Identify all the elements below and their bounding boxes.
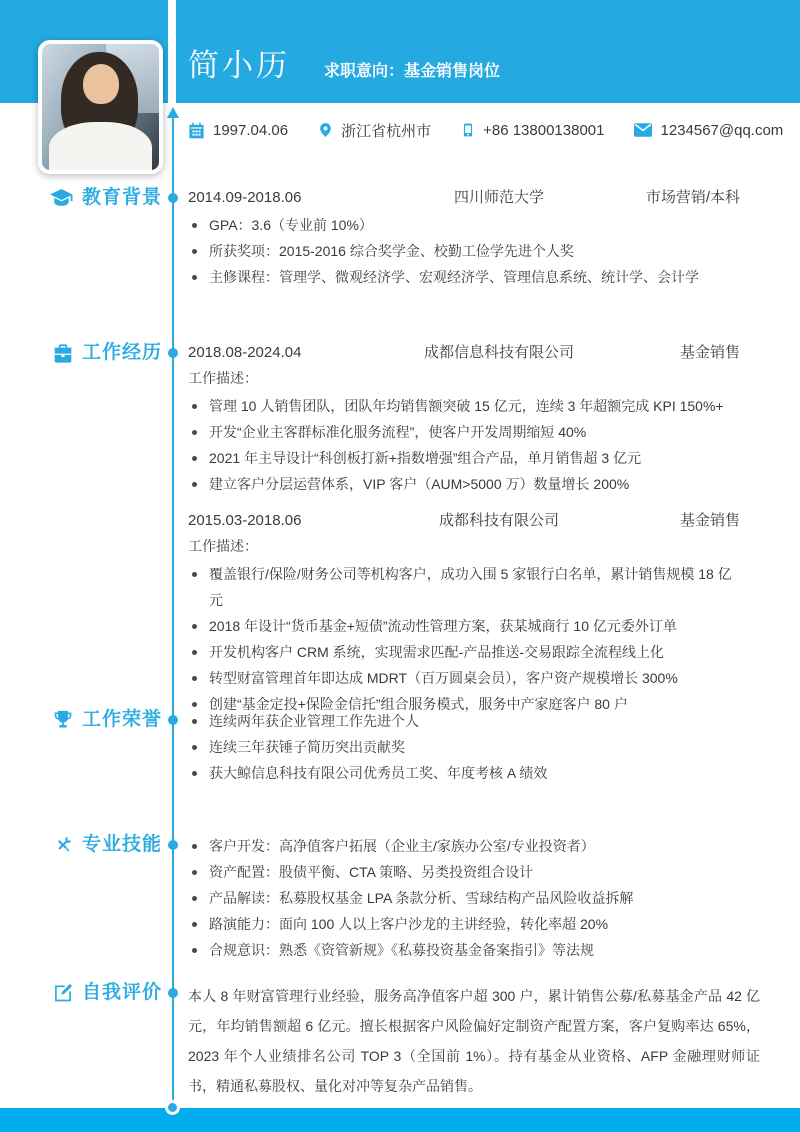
list-item: 连续三年获锤子简历突出贡献奖 bbox=[188, 734, 740, 760]
section-skills: 专业技能 客户开发：高净值客户拓展（企业主/家族办公室/专业投资者） 资产配置：… bbox=[0, 833, 800, 963]
resume-page: 简小历 求职意向：基金销售岗位 1997.04.06 浙江省杭州市 +86 13… bbox=[0, 0, 800, 1132]
entry-period: 2015.03-2018.06 bbox=[188, 509, 378, 533]
header-bar: 简小历 求职意向：基金销售岗位 bbox=[176, 0, 800, 103]
briefcase-icon bbox=[53, 344, 73, 363]
edit-pencil-icon bbox=[53, 983, 73, 1003]
timeline-end-dot bbox=[165, 1100, 180, 1115]
list-item: 主修课程：管理学、微观经济学、宏观经济学、管理信息系统、统计学、会计学 bbox=[188, 264, 740, 290]
work-entry-header: 2015.03-2018.06 成都科技有限公司 基金销售 bbox=[188, 509, 740, 533]
timeline-dot bbox=[168, 193, 178, 203]
phone-icon bbox=[461, 121, 475, 139]
entry-role: 基金销售 bbox=[620, 509, 740, 533]
location-text: 浙江省杭州市 bbox=[341, 120, 431, 141]
section-title: 工作荣誉 bbox=[82, 708, 162, 732]
education-bullet-list: GPA：3.6（专业前 10%） 所获奖项：2015-2016 综合奖学金、校勤… bbox=[188, 212, 740, 290]
list-item: 覆盖银行/保险/财务公司等机构客户，成功入围 5 家银行白名单，累计销售规模 1… bbox=[188, 561, 740, 613]
list-item: 开发“企业主客群标准化服务流程”，使客户开发周期缩短 40% bbox=[188, 419, 740, 445]
list-item: 获大鲸信息科技有限公司优秀员工奖、年度考核 A 绩效 bbox=[188, 760, 740, 786]
location-pin-icon bbox=[318, 121, 333, 139]
profile-photo bbox=[38, 40, 163, 174]
list-item: 开发机构客户 CRM 系统，实现需求匹配-产品推送-交易跟踪全流程线上化 bbox=[188, 639, 740, 665]
section-skills-header: 专业技能 bbox=[0, 833, 162, 857]
list-item: 产品解读：私募股权基金 LPA 条款分析、雪球结构产品风险收益拆解 bbox=[188, 885, 740, 911]
entry-period: 2014.09-2018.06 bbox=[188, 186, 378, 210]
contact-birthday: 1997.04.06 bbox=[188, 122, 288, 139]
list-item: 2018 年设计“货币基金+短债”流动性管理方案，获某城商行 10 亿元委外订单 bbox=[188, 613, 740, 639]
email-icon bbox=[634, 123, 652, 137]
list-item: 资产配置：股债平衡、CTA 策略、另类投资组合设计 bbox=[188, 859, 740, 885]
list-item: 管理 10 人销售团队，团队年均销售额突破 15 亿元，连续 3 年超额完成 K… bbox=[188, 393, 740, 419]
entry-company: 成都科技有限公司 bbox=[378, 509, 620, 533]
list-item: 所获奖项：2015-2016 综合奖学金、校勤工俭学先进个人奖 bbox=[188, 238, 740, 264]
section-honors-header: 工作荣誉 bbox=[0, 708, 162, 732]
photo-face bbox=[83, 64, 119, 104]
list-item: 连续两年获企业管理工作先进个人 bbox=[188, 708, 740, 734]
footer-band bbox=[0, 1108, 800, 1132]
section-work-header: 工作经历 bbox=[0, 341, 162, 365]
work-entry-header: 2018.08-2024.04 成都信息科技有限公司 基金销售 bbox=[188, 341, 740, 365]
list-item: 建立客户分层运营体系，VIP 客户（AUM>5000 万）数量增长 200% bbox=[188, 471, 740, 497]
section-education-header: 教育背景 bbox=[0, 186, 162, 210]
contact-row: 1997.04.06 浙江省杭州市 +86 13800138001 123456… bbox=[188, 117, 783, 143]
work-entry-2: 2015.03-2018.06 成都科技有限公司 基金销售 工作描述： 覆盖银行… bbox=[188, 509, 740, 717]
work-bullet-list: 覆盖银行/保险/财务公司等机构客户，成功入围 5 家银行白名单，累计销售规模 1… bbox=[188, 561, 740, 717]
education-entry-header: 2014.09-2018.06 四川师范大学 市场营销/本科 bbox=[188, 186, 740, 210]
entry-period: 2018.08-2024.04 bbox=[188, 341, 378, 365]
skills-bullet-list: 客户开发：高净值客户拓展（企业主/家族办公室/专业投资者） 资产配置：股债平衡、… bbox=[188, 833, 740, 963]
calendar-icon bbox=[188, 122, 205, 139]
list-item: 转型财富管理首年即达成 MDRT（百万圆桌会员），客户资产规模增长 300% bbox=[188, 665, 740, 691]
section-title: 自我评价 bbox=[82, 981, 162, 1005]
contact-email: 1234567@qq.com bbox=[634, 122, 783, 139]
candidate-name: 简小历 bbox=[188, 50, 290, 81]
timeline-dot bbox=[168, 715, 178, 725]
list-item: 路演能力：面向 100 人以上客户沙龙的主讲经验，转化率超 20% bbox=[188, 911, 740, 937]
crossed-tools-icon bbox=[53, 835, 73, 855]
list-item: 客户开发：高净值客户拓展（企业主/家族办公室/专业投资者） bbox=[188, 833, 740, 859]
honors-bullet-list: 连续两年获企业管理工作先进个人 连续三年获锤子简历突出贡献奖 获大鲸信息科技有限… bbox=[188, 708, 740, 786]
list-item: GPA：3.6（专业前 10%） bbox=[188, 212, 740, 238]
phone-text: +86 13800138001 bbox=[483, 122, 604, 139]
photo-shirt bbox=[49, 122, 152, 174]
birthday-text: 1997.04.06 bbox=[213, 122, 288, 139]
section-work: 工作经历 2018.08-2024.04 成都信息科技有限公司 基金销售 工作描… bbox=[0, 341, 800, 717]
trophy-icon bbox=[53, 710, 73, 730]
timeline-dot bbox=[168, 988, 178, 998]
work-entry-1: 2018.08-2024.04 成都信息科技有限公司 基金销售 工作描述： 管理… bbox=[188, 341, 740, 497]
entry-role: 基金销售 bbox=[620, 341, 740, 365]
email-text: 1234567@qq.com bbox=[660, 122, 783, 139]
self-evaluation-text: 本人 8 年财富管理行业经验，服务高净值客户超 300 户，累计销售公募/私募基… bbox=[188, 981, 760, 1101]
timeline-dot bbox=[168, 840, 178, 850]
list-item: 合规意识：熟悉《资管新规》《私募投资基金备案指引》等法规 bbox=[188, 937, 740, 963]
contact-location: 浙江省杭州市 bbox=[318, 120, 431, 141]
section-self-evaluation: 自我评价 本人 8 年财富管理行业经验，服务高净值客户超 300 户，累计销售公… bbox=[0, 981, 800, 1101]
entry-school: 四川师范大学 bbox=[378, 186, 620, 210]
job-objective: 求职意向：基金销售岗位 bbox=[324, 64, 500, 80]
section-education: 教育背景 2014.09-2018.06 四川师范大学 市场营销/本科 GPA：… bbox=[0, 186, 800, 290]
timeline-dot bbox=[168, 348, 178, 358]
timeline-arrow-icon bbox=[167, 107, 179, 118]
section-title: 教育背景 bbox=[82, 186, 162, 210]
contact-phone: +86 13800138001 bbox=[461, 121, 604, 139]
section-title: 工作经历 bbox=[82, 341, 162, 365]
section-title: 专业技能 bbox=[82, 833, 162, 857]
entry-company: 成都信息科技有限公司 bbox=[378, 341, 620, 365]
work-desc-label: 工作描述： bbox=[188, 365, 740, 391]
graduation-cap-icon bbox=[50, 189, 73, 208]
work-bullet-list: 管理 10 人销售团队，团队年均销售额突破 15 亿元，连续 3 年超额完成 K… bbox=[188, 393, 740, 497]
list-item: 2021 年主导设计“科创板打新+指数增强”组合产品，单月销售超 3 亿元 bbox=[188, 445, 740, 471]
work-desc-label: 工作描述： bbox=[188, 533, 740, 559]
section-self-header: 自我评价 bbox=[0, 981, 162, 1005]
section-honors: 工作荣誉 连续两年获企业管理工作先进个人 连续三年获锤子简历突出贡献奖 获大鲸信… bbox=[0, 708, 800, 786]
entry-major-degree: 市场营销/本科 bbox=[620, 186, 740, 210]
